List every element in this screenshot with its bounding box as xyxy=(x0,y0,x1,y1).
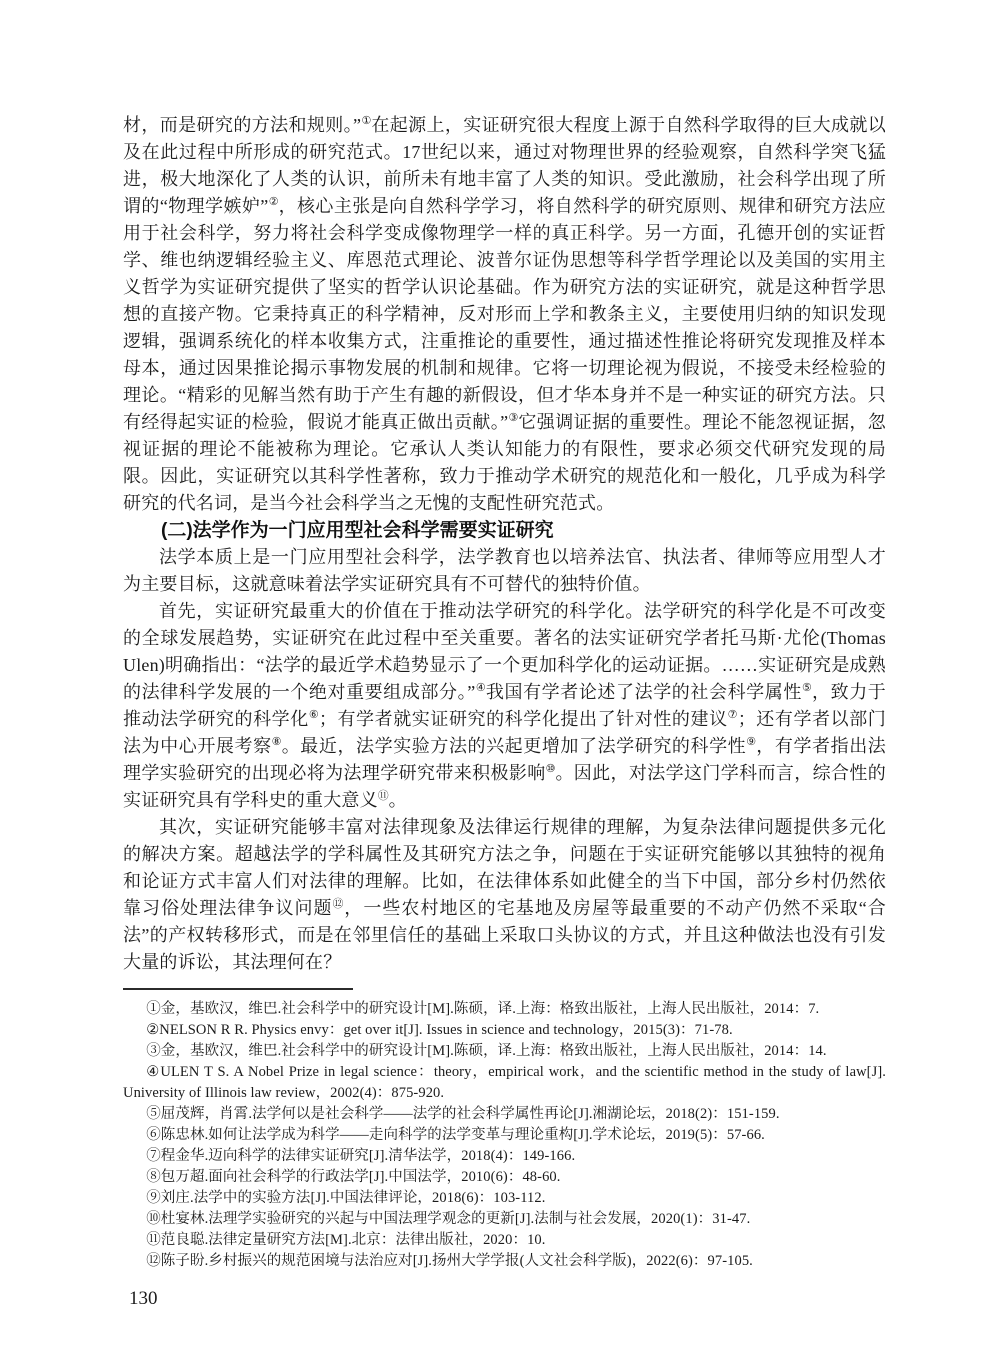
footnote-item: ⑩杜宴林.法理学实验研究的兴起与中国法理学观念的更新[J].法制与社会发展，20… xyxy=(123,1209,886,1230)
footnote-ref: ⑤ xyxy=(802,682,812,694)
section-heading: (二)法学作为一门应用型社会科学需要实证研究 xyxy=(123,517,886,544)
body-paragraph-continuation: 材，而是研究的方法和规则。”①在起源上，实证研究很大程度上源于自然科学取得的巨大… xyxy=(123,112,886,517)
footnote-ref: ⑪ xyxy=(378,790,389,802)
footnote-ref: ② xyxy=(268,196,278,208)
footnote-ref: ⑥ xyxy=(309,709,319,721)
footnote-item: ⑨刘庄.法学中的实验方法[J].中国法律评论，2018(6)：103-112. xyxy=(123,1188,886,1209)
footnote-item: ③金，基欧汉，维巴.社会科学中的研究设计[M].陈硕，译.上海：格致出版社，上海… xyxy=(123,1041,886,1062)
paragraph-first-point: 首先，实证研究最重大的价值在于推动法学研究的科学化。法学研究的科学化是不可改变的… xyxy=(123,598,886,814)
paper-page: 材，而是研究的方法和规则。”①在起源上，实证研究很大程度上源于自然科学取得的巨大… xyxy=(0,0,1000,1347)
footnote-ref: ⑦ xyxy=(728,709,738,721)
footnote-item: ⑪范良聪.法律定量研究方法[M].北京：法律出版社，2020：10. xyxy=(123,1230,886,1251)
footnote-item: ⑦程金华.迈向科学的法律实证研究[J].清华法学，2018(4)：149-166… xyxy=(123,1146,886,1167)
page-number: 130 xyxy=(123,1288,886,1310)
footnote-ref: ④ xyxy=(475,682,485,694)
paragraph-overview: 法学本质上是一门应用型社会科学，法学教育也以培养法官、执法者、律师等应用型人才为… xyxy=(123,544,886,598)
footnote-item: ⑫陈子盼.乡村振兴的规范困境与法治应对[J].扬州大学学报(人文社会科学版)，2… xyxy=(123,1251,886,1272)
footnote-ref: ⑩ xyxy=(546,763,556,775)
footnote-item: ②NELSON R R. Physics envy：get over it[J]… xyxy=(123,1020,886,1041)
footnotes: ①金，基欧汉，维巴.社会科学中的研究设计[M].陈硕，译.上海：格致出版社，上海… xyxy=(123,999,886,1272)
article-body: 材，而是研究的方法和规则。”①在起源上，实证研究很大程度上源于自然科学取得的巨大… xyxy=(123,112,886,976)
footnote-ref: ⑧ xyxy=(272,736,282,748)
footnote-ref: ⑫ xyxy=(333,898,345,910)
footnote-item: ⑥陈忠林.如何让法学成为科学——走向科学的法学变革与理论重构[J].学术论坛，2… xyxy=(123,1125,886,1146)
footnote-divider xyxy=(123,988,353,990)
footnote-item: ①金，基欧汉，维巴.社会科学中的研究设计[M].陈硕，译.上海：格致出版社，上海… xyxy=(123,999,886,1020)
footnote-ref: ③ xyxy=(508,412,518,424)
paragraph-second-point: 其次，实证研究能够丰富对法律现象及法律运行规律的理解，为复杂法律问题提供多元化的… xyxy=(123,814,886,976)
footnote-item: ⑤屈茂辉，肖霄.法学何以是社会科学——法学的社会科学属性再论[J].湘湖论坛，2… xyxy=(123,1104,886,1125)
footnote-item: ⑧包万超.面向社会科学的行政法学[J].中国法学，2010(6)：48-60. xyxy=(123,1167,886,1188)
footnote-ref: ① xyxy=(361,115,371,127)
footnote-item: ④ULEN T S. A Nobel Prize in legal scienc… xyxy=(123,1062,886,1104)
footnote-ref: ⑨ xyxy=(746,736,756,748)
